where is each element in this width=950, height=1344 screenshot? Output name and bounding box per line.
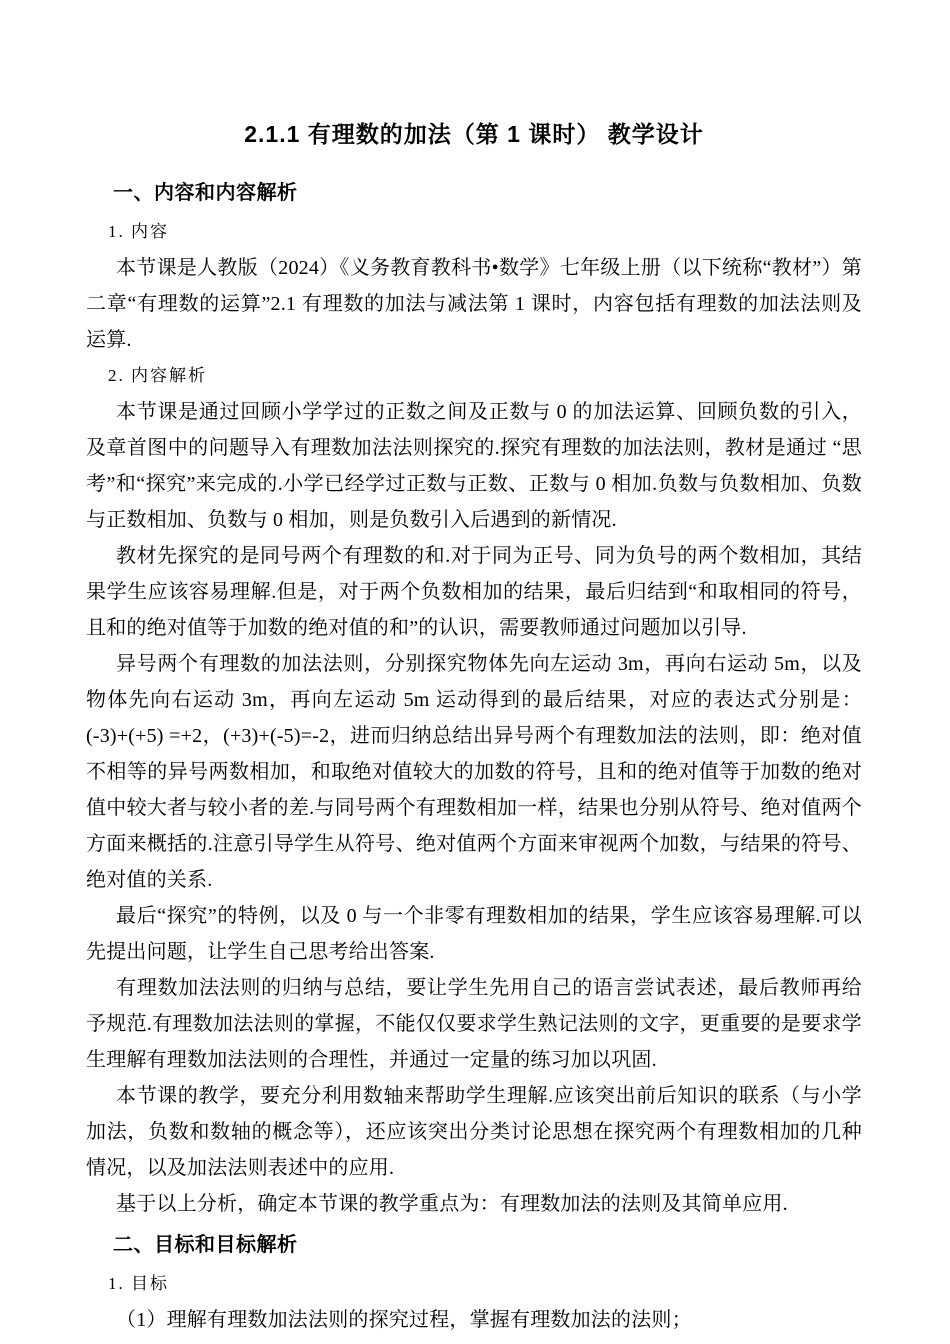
- subheading-goal: 1. 目标: [86, 1266, 862, 1302]
- paragraph-teaching-focus: 基于以上分析，确定本节课的教学重点为：有理数加法的法则及其简单应用.: [86, 1186, 862, 1222]
- paragraph-analysis: 本节课的教学，要充分利用数轴来帮助学生理解.应该突出前后知识的联系（与小学加法，…: [86, 1078, 862, 1186]
- paragraph-analysis: 本节课是通过回顾小学学过的正数之间及正数与 0 的加法运算、回顾负数的引入，及章…: [86, 394, 862, 538]
- paragraph-content: 本节课是人教版（2024）《义务教育教科书•数学》七年级上册（以下统称“教材”）…: [86, 250, 862, 358]
- paragraph-analysis: 异号两个有理数的加法法则，分别探究物体先向左运动 3m，再向右运动 5m，以及物…: [86, 646, 862, 898]
- document-page: 2.1.1 有理数的加法（第 1 课时） 教学设计 一、内容和内容解析 1. 内…: [0, 0, 950, 1344]
- goal-item: （1）理解有理数加法法则的探究过程，掌握有理数加法的法则；: [86, 1302, 862, 1338]
- section-heading-content-analysis: 一、内容和内容解析: [86, 172, 862, 214]
- subheading-content-analysis: 2. 内容解析: [86, 358, 862, 394]
- paragraph-analysis: 教材先探究的是同号两个有理数的和.对于同为正号、同为负号的两个数相加，其结果学生…: [86, 538, 862, 646]
- paragraph-analysis: 最后“探究”的特例，以及 0 与一个非零有理数相加的结果，学生应该容易理解.可以…: [86, 898, 862, 970]
- paragraph-analysis: 有理数加法法则的归纳与总结，要让学生先用自己的语言尝试表述，最后教师再给予规范.…: [86, 970, 862, 1078]
- section-heading-goals-analysis: 二、目标和目标解析: [86, 1224, 862, 1266]
- document-title: 2.1.1 有理数的加法（第 1 课时） 教学设计: [86, 114, 862, 154]
- subheading-content: 1. 内容: [86, 214, 862, 250]
